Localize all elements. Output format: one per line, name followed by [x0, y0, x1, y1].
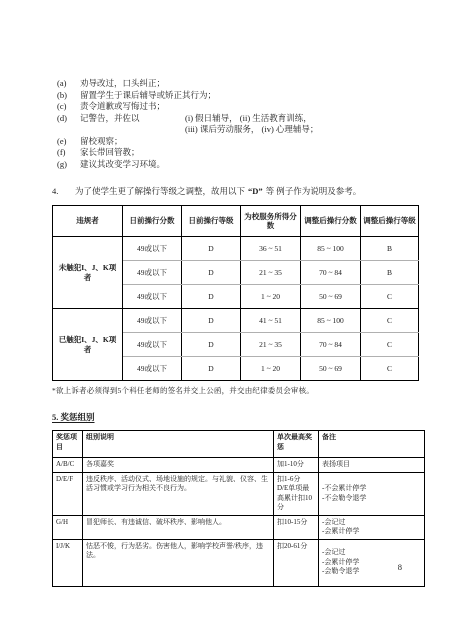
item-label: (a) [57, 78, 80, 90]
group-not-violated: 未触犯I、J、K项者 49或以下 D 36 ~ 51 85 ~ 100 B 49… [53, 237, 419, 309]
cell: 41 ~ 51 [241, 309, 301, 333]
item-text: 劝导改过，口头纠正； [80, 78, 165, 90]
page-number: 8 [398, 562, 402, 572]
cell: 70 ~ 84 [301, 261, 361, 285]
item-text: 家长带回管教； [80, 147, 140, 159]
remark-line: -会勒令退学 [322, 567, 421, 577]
reward-punishment-table: 奖惩项目 组别说明 单次最高奖惩 备注 A/B/C 各项嘉奖 加1-10分 表扬… [52, 430, 425, 587]
item-label: (e) [57, 136, 80, 148]
max-cell: 扣1-6分 D/E单项最高累计扣10分 [274, 472, 319, 515]
measures-list: (a) 劝导改过，口头纠正； (b) 留置学生于课后辅导或矫正其行为； (c) … [57, 78, 422, 170]
col-header-remarks: 备注 [319, 431, 425, 458]
cell: 21 ~ 35 [241, 261, 301, 285]
cell: 21 ~ 35 [241, 333, 301, 357]
cell: C [361, 309, 419, 333]
cell: D [182, 285, 241, 309]
list-item: (e) 留校观察； [57, 136, 422, 148]
remark-line: -会累计停学 [322, 527, 421, 537]
cell: C [361, 333, 419, 357]
group-name-cell: 已触犯I、J、K项者 [53, 309, 123, 381]
cell: D [182, 237, 241, 261]
col-header-adjusted-score: 调整后操行分数 [301, 206, 361, 237]
max-cell: 扣20-61分 [274, 539, 319, 586]
list-item: (d) 记警告，并佐以 (i) 假日辅导， (ii) 生活教育训练， (iii)… [57, 113, 422, 136]
cell: 36 ~ 51 [241, 237, 301, 261]
cell: 49或以下 [123, 285, 182, 309]
remark-line: -会记过 [322, 518, 421, 528]
remarks-cell: -不会累计停学 -不会勒令退学 [319, 472, 425, 515]
col-header-current-score: 日前操行分数 [123, 206, 182, 237]
col-header-category: 奖惩项目 [53, 431, 83, 458]
remarks-cell: -会记过 -会累计停学 -会勒令退学 [319, 539, 425, 586]
max-line: 扣10-15分 [277, 518, 315, 528]
max-line: 加1-10分 [277, 460, 315, 470]
description-cell: 各项嘉奖 [83, 458, 274, 473]
remark-line: -不会累计停学 [322, 484, 421, 494]
cell: C [361, 357, 419, 381]
col-header-current-grade: 日前操行等级 [182, 206, 241, 237]
table-row: A/B/C 各项嘉奖 加1-10分 表扬项目 [53, 458, 425, 473]
col-header-service-score: 为校服务所得分数 [241, 206, 301, 237]
description-cell: 违反秩序、活动仪式、场地设施的规定。与礼貌、仪容、生活习惯或学习行为相关不良行为… [83, 472, 274, 515]
remark-line: 表扬项目 [322, 460, 421, 470]
paragraph-text-after: 等 例子作为说明及参考。 [266, 186, 362, 196]
item-text: 留置学生于课后辅导或矫正其行为； [80, 90, 216, 102]
cell: 49或以下 [123, 333, 182, 357]
section-5-heading: 5. 奖惩组别 [52, 411, 422, 423]
cell: D [182, 333, 241, 357]
cell: 50 ~ 69 [301, 357, 361, 381]
appeal-footnote: *欲上诉者必须得到5个科任老师的签名并交上公函，并交由纪律委员会审核。 [52, 385, 422, 396]
list-item: (b) 留置学生于课后辅导或矫正其行为； [57, 90, 422, 102]
item-label: (c) [57, 101, 80, 113]
item-text: 留校观察； [80, 136, 123, 148]
list-item: (c) 责令道歉或写悔过书； [57, 101, 422, 113]
cell: 50 ~ 69 [301, 285, 361, 309]
cell: 49或以下 [123, 261, 182, 285]
grade-d-emphasis: “D” [248, 186, 263, 196]
table-row: G/H 冒犯师长、有违诚信、破坏秩序、影响他人。 扣10-15分 -会记过 -会… [53, 515, 425, 539]
col-header-max: 单次最高奖惩 [274, 431, 319, 458]
cell: D [182, 261, 241, 285]
table-row: I/J/K 怙恶不悛，行为恶劣。伤害他人，影响学校声誉/秩序，违法。 扣20-6… [53, 539, 425, 586]
item-label: (b) [57, 90, 80, 102]
cell: 1 ~ 20 [241, 285, 301, 309]
sub-item-line: (i) 假日辅导， (ii) 生活教育训练， [185, 113, 318, 125]
item-text: 建议其改变学习环境。 [80, 159, 165, 171]
paragraph-number: 4. [52, 186, 75, 197]
description-cell: 冒犯师长、有违诚信、破坏秩序、影响他人。 [83, 515, 274, 539]
list-item: (g) 建议其改变学习环境。 [57, 159, 422, 171]
max-cell: 扣10-15分 [274, 515, 319, 539]
cell: D [182, 357, 241, 381]
cell: D [182, 309, 241, 333]
table-row: 未触犯I、J、K项者 49或以下 D 36 ~ 51 85 ~ 100 B [53, 237, 419, 261]
max-line: 扣20-61分 [277, 542, 315, 552]
sub-item-line: (iii) 课后劳动服务， (iv) 心理辅导； [185, 124, 318, 136]
category-cell: D/E/F [53, 472, 83, 515]
list-item: (f) 家长带回管教； [57, 147, 422, 159]
cell: 49或以下 [123, 309, 182, 333]
paragraph-text-before: 为了使学生更了解操行等级之调整，故用以下 [75, 186, 245, 196]
remark-line: -不会勒令退学 [322, 494, 421, 504]
table-row: D/E/F 违反秩序、活动仪式、场地设施的规定。与礼貌、仪容、生活习惯或学习行为… [53, 472, 425, 515]
cell: C [361, 285, 419, 309]
remark-line: -会记过 [322, 548, 421, 558]
group-violated: 已触犯I、J、K项者 49或以下 D 41 ~ 51 85 ~ 100 C 49… [53, 309, 419, 381]
item-label: (g) [57, 159, 80, 171]
col-header-description: 组别说明 [83, 431, 274, 458]
cell: 1 ~ 20 [241, 357, 301, 381]
item-label: (d) [57, 113, 80, 125]
grade-table-header-row: 违规者 日前操行分数 日前操行等级 为校服务所得分数 调整后操行分数 调整后操行… [53, 206, 419, 237]
category-cell: I/J/K [53, 539, 83, 586]
item-text: 记警告，并佐以 [80, 113, 185, 125]
cell: B [361, 261, 419, 285]
category-cell: A/B/C [53, 458, 83, 473]
list-item: (a) 劝导改过，口头纠正； [57, 78, 422, 90]
col-header-violator: 违规者 [53, 206, 123, 237]
sub-item-list: (i) 假日辅导， (ii) 生活教育训练， (iii) 课后劳动服务， (iv… [185, 113, 318, 136]
cell: 85 ~ 100 [301, 309, 361, 333]
remarks-cell: -会记过 -会累计停学 [319, 515, 425, 539]
table-row: 已触犯I、J、K项者 49或以下 D 41 ~ 51 85 ~ 100 C [53, 309, 419, 333]
max-line: 扣1-6分 [277, 475, 315, 485]
grade-adjustment-table: 违规者 日前操行分数 日前操行等级 为校服务所得分数 调整后操行分数 调整后操行… [52, 205, 419, 381]
max-line: D/E单项最高累计扣10分 [277, 484, 315, 513]
reward-table-header-row: 奖惩项目 组别说明 单次最高奖惩 备注 [53, 431, 425, 458]
cell: 85 ~ 100 [301, 237, 361, 261]
remarks-cell: 表扬项目 [319, 458, 425, 473]
paragraph-4: 4. 为了使学生更了解操行等级之调整，故用以下“D”等 例子作为说明及参考。 [52, 186, 422, 197]
paragraph-text: 为了使学生更了解操行等级之调整，故用以下“D”等 例子作为说明及参考。 [75, 186, 361, 197]
cell: 70 ~ 84 [301, 333, 361, 357]
cell: B [361, 237, 419, 261]
category-cell: G/H [53, 515, 83, 539]
remark-line: -会累计停学 [322, 558, 421, 568]
cell: 49或以下 [123, 237, 182, 261]
group-name-cell: 未触犯I、J、K项者 [53, 237, 123, 309]
description-cell: 怙恶不悛，行为恶劣。伤害他人，影响学校声誉/秩序，违法。 [83, 539, 274, 586]
item-text: 责令道歉或写悔过书； [80, 101, 165, 113]
col-header-adjusted-grade: 调整后操行等级 [361, 206, 419, 237]
item-label: (f) [57, 147, 80, 159]
cell: 49或以下 [123, 357, 182, 381]
document-page: { "measures_list": { "items": [ {"label"… [0, 0, 452, 640]
max-cell: 加1-10分 [274, 458, 319, 473]
